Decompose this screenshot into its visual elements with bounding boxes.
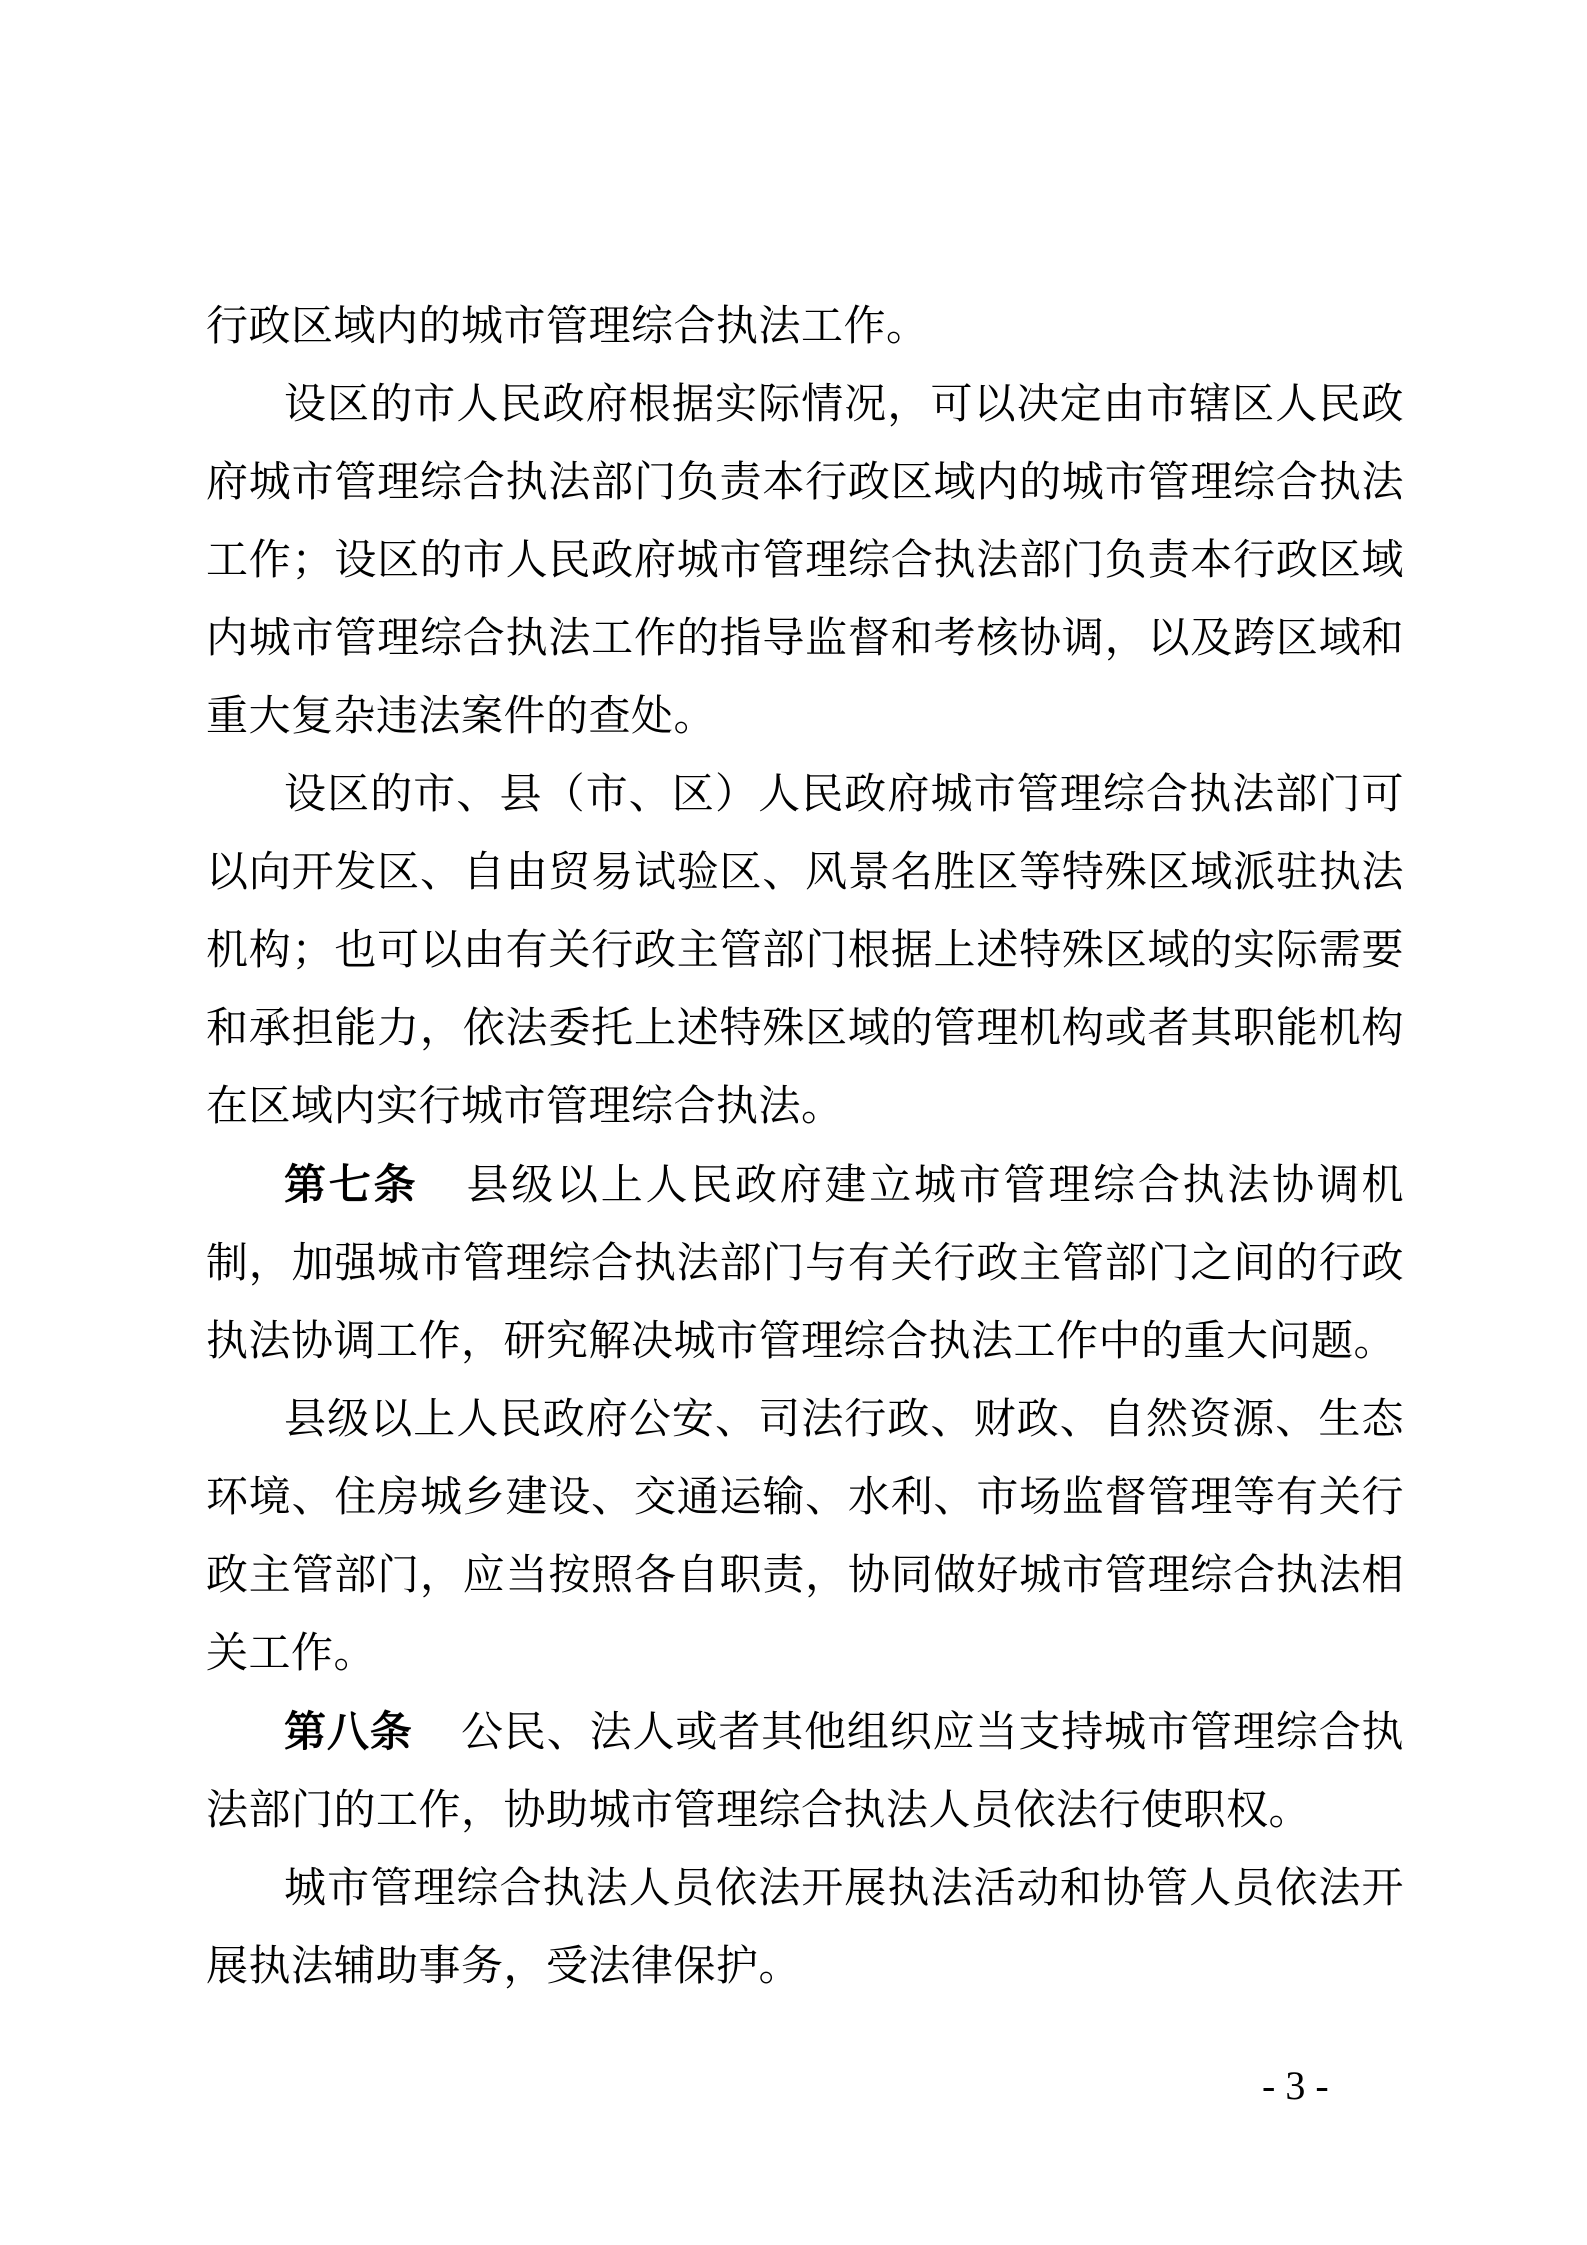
paragraph-law-protection: 城市管理综合执法人员依法开展执法活动和协管人员依法开展执法辅助事务，受法律保护。 [206, 1850, 1404, 2006]
paragraph-text: 行政区域内的城市管理综合执法工作。 [206, 304, 929, 350]
paragraph-article-8: 第八条公民、法人或者其他组织应当支持城市管理综合执法部门的工作，协助城市管理综合… [206, 1693, 1404, 1850]
article-number-label: 第八条 [284, 1708, 413, 1755]
paragraph-article-7: 第七条县级以上人民政府建立城市管理综合执法协调机制，加强城市管理综合执法部门与有… [206, 1146, 1404, 1381]
paragraph-text: 县级以上人民政府公安、司法行政、财政、自然资源、生态环境、住房城乡建设、交通运输… [206, 1397, 1404, 1677]
paragraph-text: 设区的市、县（市、区）人民政府城市管理综合执法部门可以向开发区、自由贸易试验区、… [206, 772, 1404, 1130]
paragraph-related-departments: 县级以上人民政府公安、司法行政、财政、自然资源、生态环境、住房城乡建设、交通运输… [206, 1381, 1404, 1693]
article-number-label: 第七条 [284, 1161, 418, 1208]
page-footer: - 3 - [1262, 2062, 1329, 2110]
paragraph-special-zones-enforcement: 设区的市、县（市、区）人民政府城市管理综合执法部门可以向开发区、自由贸易试验区、… [206, 756, 1404, 1146]
page-number: - 3 - [1262, 2063, 1329, 2108]
document-page: 行政区域内的城市管理综合执法工作。 设区的市人民政府根据实际情况，可以决定由市辖… [0, 0, 1587, 2245]
paragraph-text: 城市管理综合执法人员依法开展执法活动和协管人员依法开展执法辅助事务，受法律保护。 [206, 1866, 1404, 1990]
paragraph-text: 设区的市人民政府根据实际情况，可以决定由市辖区人民政府城市管理综合执法部门负责本… [206, 382, 1404, 740]
paragraph-continuation: 行政区域内的城市管理综合执法工作。 [206, 288, 1404, 366]
document-body: 行政区域内的城市管理综合执法工作。 设区的市人民政府根据实际情况，可以决定由市辖… [206, 288, 1404, 2006]
paragraph-districted-city-decision: 设区的市人民政府根据实际情况，可以决定由市辖区人民政府城市管理综合执法部门负责本… [206, 366, 1404, 756]
